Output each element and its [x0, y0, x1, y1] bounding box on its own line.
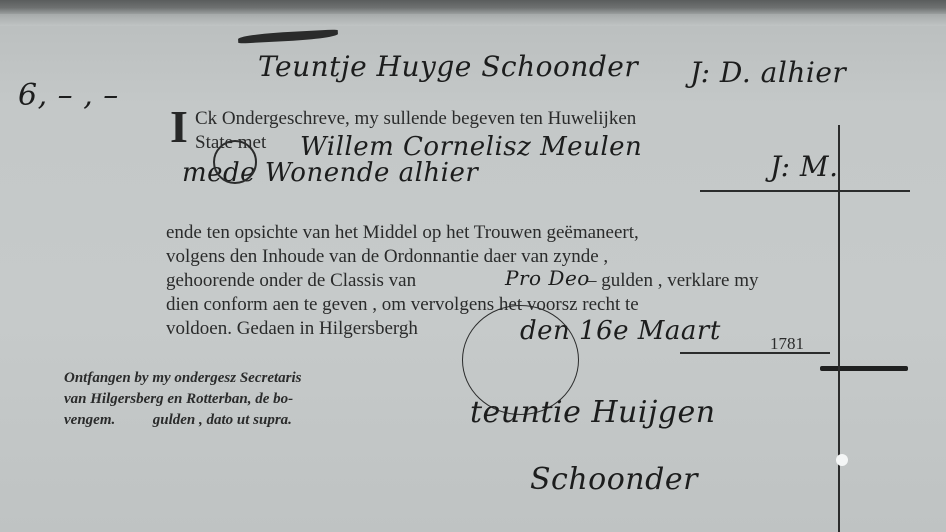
body-line-3: gehoorende onder de Classis van	[166, 270, 416, 292]
date-year: 1781	[770, 334, 804, 354]
ruled-line	[700, 190, 910, 192]
bride-name: Teuntje Huyge Schoonder	[258, 50, 638, 83]
date-underline	[680, 352, 830, 354]
ink-bar	[820, 366, 908, 371]
paper-damage-spot	[836, 454, 848, 466]
ink-circle-mark	[213, 140, 257, 184]
receipt-line-1: Ontfangen by my ondergesz Secretaris	[64, 370, 302, 387]
bride-suffix: J: D. alhier	[690, 56, 846, 89]
intro-line-1: Ck Ondergeschreve, my sullende begeven t…	[195, 108, 636, 130]
body-line-3-suffix: – gulden , verklare my	[587, 270, 758, 292]
body-line-2: volgens den Inhoude van de Ordonnantie d…	[166, 246, 608, 268]
signature-line-2: Schoonder	[530, 462, 698, 497]
receipt-line-2: van Hilgersberg en Rotterban, de bo-	[64, 391, 293, 408]
page-top-shadow	[0, 0, 946, 14]
margin-number: 6, – , –	[18, 78, 119, 113]
body-line-5: voldoen. Gedaen in Hilgersbergh	[166, 318, 418, 340]
drop-cap-initial: I	[170, 104, 188, 150]
scanned-document: 6, – , – Teuntje Huyge Schoonder J: D. a…	[0, 0, 946, 532]
body-line-4: dien conform aen te geven , om vervolgen…	[166, 294, 639, 316]
signature-line-1: teuntie Huijgen	[470, 395, 716, 430]
ink-stroke	[238, 29, 338, 43]
groom-suffix: J: M.	[770, 150, 839, 183]
classis-value: Pro Deo	[505, 266, 590, 290]
page-top-edge	[0, 14, 946, 26]
body-line-1: ende ten opsichte van het Middel op het …	[166, 222, 639, 244]
margin-rule	[838, 125, 840, 532]
receipt-line-3: vengem. gulden , dato ut supra.	[64, 412, 292, 429]
